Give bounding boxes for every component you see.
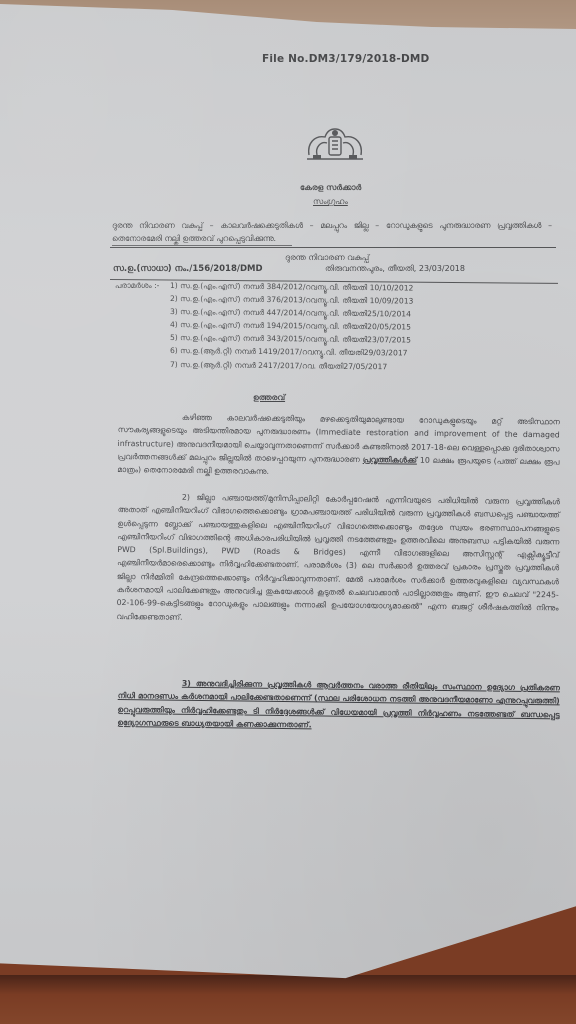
background-surface-bottom bbox=[0, 975, 576, 1024]
paragraph-1-emphasis: പ്രവൃത്തികൾക്ക് bbox=[363, 455, 417, 465]
paragraph-3-text: 3) അനുവദിച്ചിരിക്കുന്ന പ്രവൃത്തികൾ ആവർത്… bbox=[117, 679, 560, 729]
government-name: കേരള സർക്കാർ bbox=[300, 183, 361, 193]
reference-item: 5) സ.ഉ.(എം.എസ്) നമ്പർ 343/2015/റവന്യൂ.വി… bbox=[170, 333, 411, 346]
government-order-document: File No.DM3/179/2018-DMD കേരള സർക്കാർ സം… bbox=[0, 0, 576, 985]
order-number: സ.ഉ.(സാധാ) നം./156/2018/DMD bbox=[113, 264, 263, 274]
paragraph-2-text: 2) ജില്ലാ പഞ്ചായത്ത്/മുനിസിപ്പാലിറ്റി കോ… bbox=[116, 493, 560, 622]
abstract-label: സംഗ്രഹം bbox=[313, 197, 348, 207]
order-heading: ഉത്തരവ് bbox=[253, 393, 285, 403]
reference-item: 7) സ.ഉ.(ആർ.റ്റി) നമ്പർ 2417/2017/റവ. തീയ… bbox=[170, 360, 387, 372]
reference-item: 6) സ.ഉ.(ആർ.റ്റി) നമ്പർ 1419/2017/റവന്യൂ.… bbox=[170, 346, 408, 358]
paragraph-2: 2) ജില്ലാ പഞ്ചായത്ത്/മുനിസിപ്പാലിറ്റി കോ… bbox=[116, 490, 560, 628]
reference-item: 4) സ.ഉ.(എം.എസ്) നമ്പർ 194/2015/റവന്യൂ.വി… bbox=[170, 320, 411, 333]
references-label: പരാമർശം :- bbox=[115, 281, 159, 291]
subject-underline bbox=[112, 245, 292, 246]
reference-item: 3) സ.ഉ.(എം.എസ്) നമ്പർ 447/2014/റവന്യൂ.വി… bbox=[170, 307, 411, 320]
file-number: File No.DM3/179/2018-DMD bbox=[262, 53, 429, 65]
reference-item: 1) സ.ഉ.(എം.എസ്) നമ്പർ 384/2012/റവന്യൂ.വി… bbox=[170, 281, 413, 294]
paragraph-3: 3) അനുവദിച്ചിരിക്കുന്ന പ്രവൃത്തികൾ ആവർത്… bbox=[117, 676, 560, 735]
paper-sheet: File No.DM3/179/2018-DMD കേരള സർക്കാർ സം… bbox=[0, 0, 576, 985]
divider-rule bbox=[110, 247, 556, 248]
kerala-government-emblem-icon bbox=[303, 125, 367, 167]
paragraph-1: കഴിഞ്ഞ കാലവർഷക്കെടുതിയും മഴക്കെടുതിയുമാല… bbox=[117, 410, 560, 482]
order-subject: ദുരന്ത നിവാരണ വകുപ്പ് – കാലവർഷക്കെടുതികൾ… bbox=[112, 219, 552, 245]
reference-item: 2) സ.ഉ.(എം.എസ്) നമ്പർ 376/2013/റവന്യൂ.വി… bbox=[170, 294, 413, 307]
order-place-date: തിരുവനന്തപുരം, തീയതി, 23/03/2018 bbox=[325, 264, 465, 274]
department-name: ദുരന്ത നിവാരണ വകുപ്പ് bbox=[285, 253, 369, 263]
